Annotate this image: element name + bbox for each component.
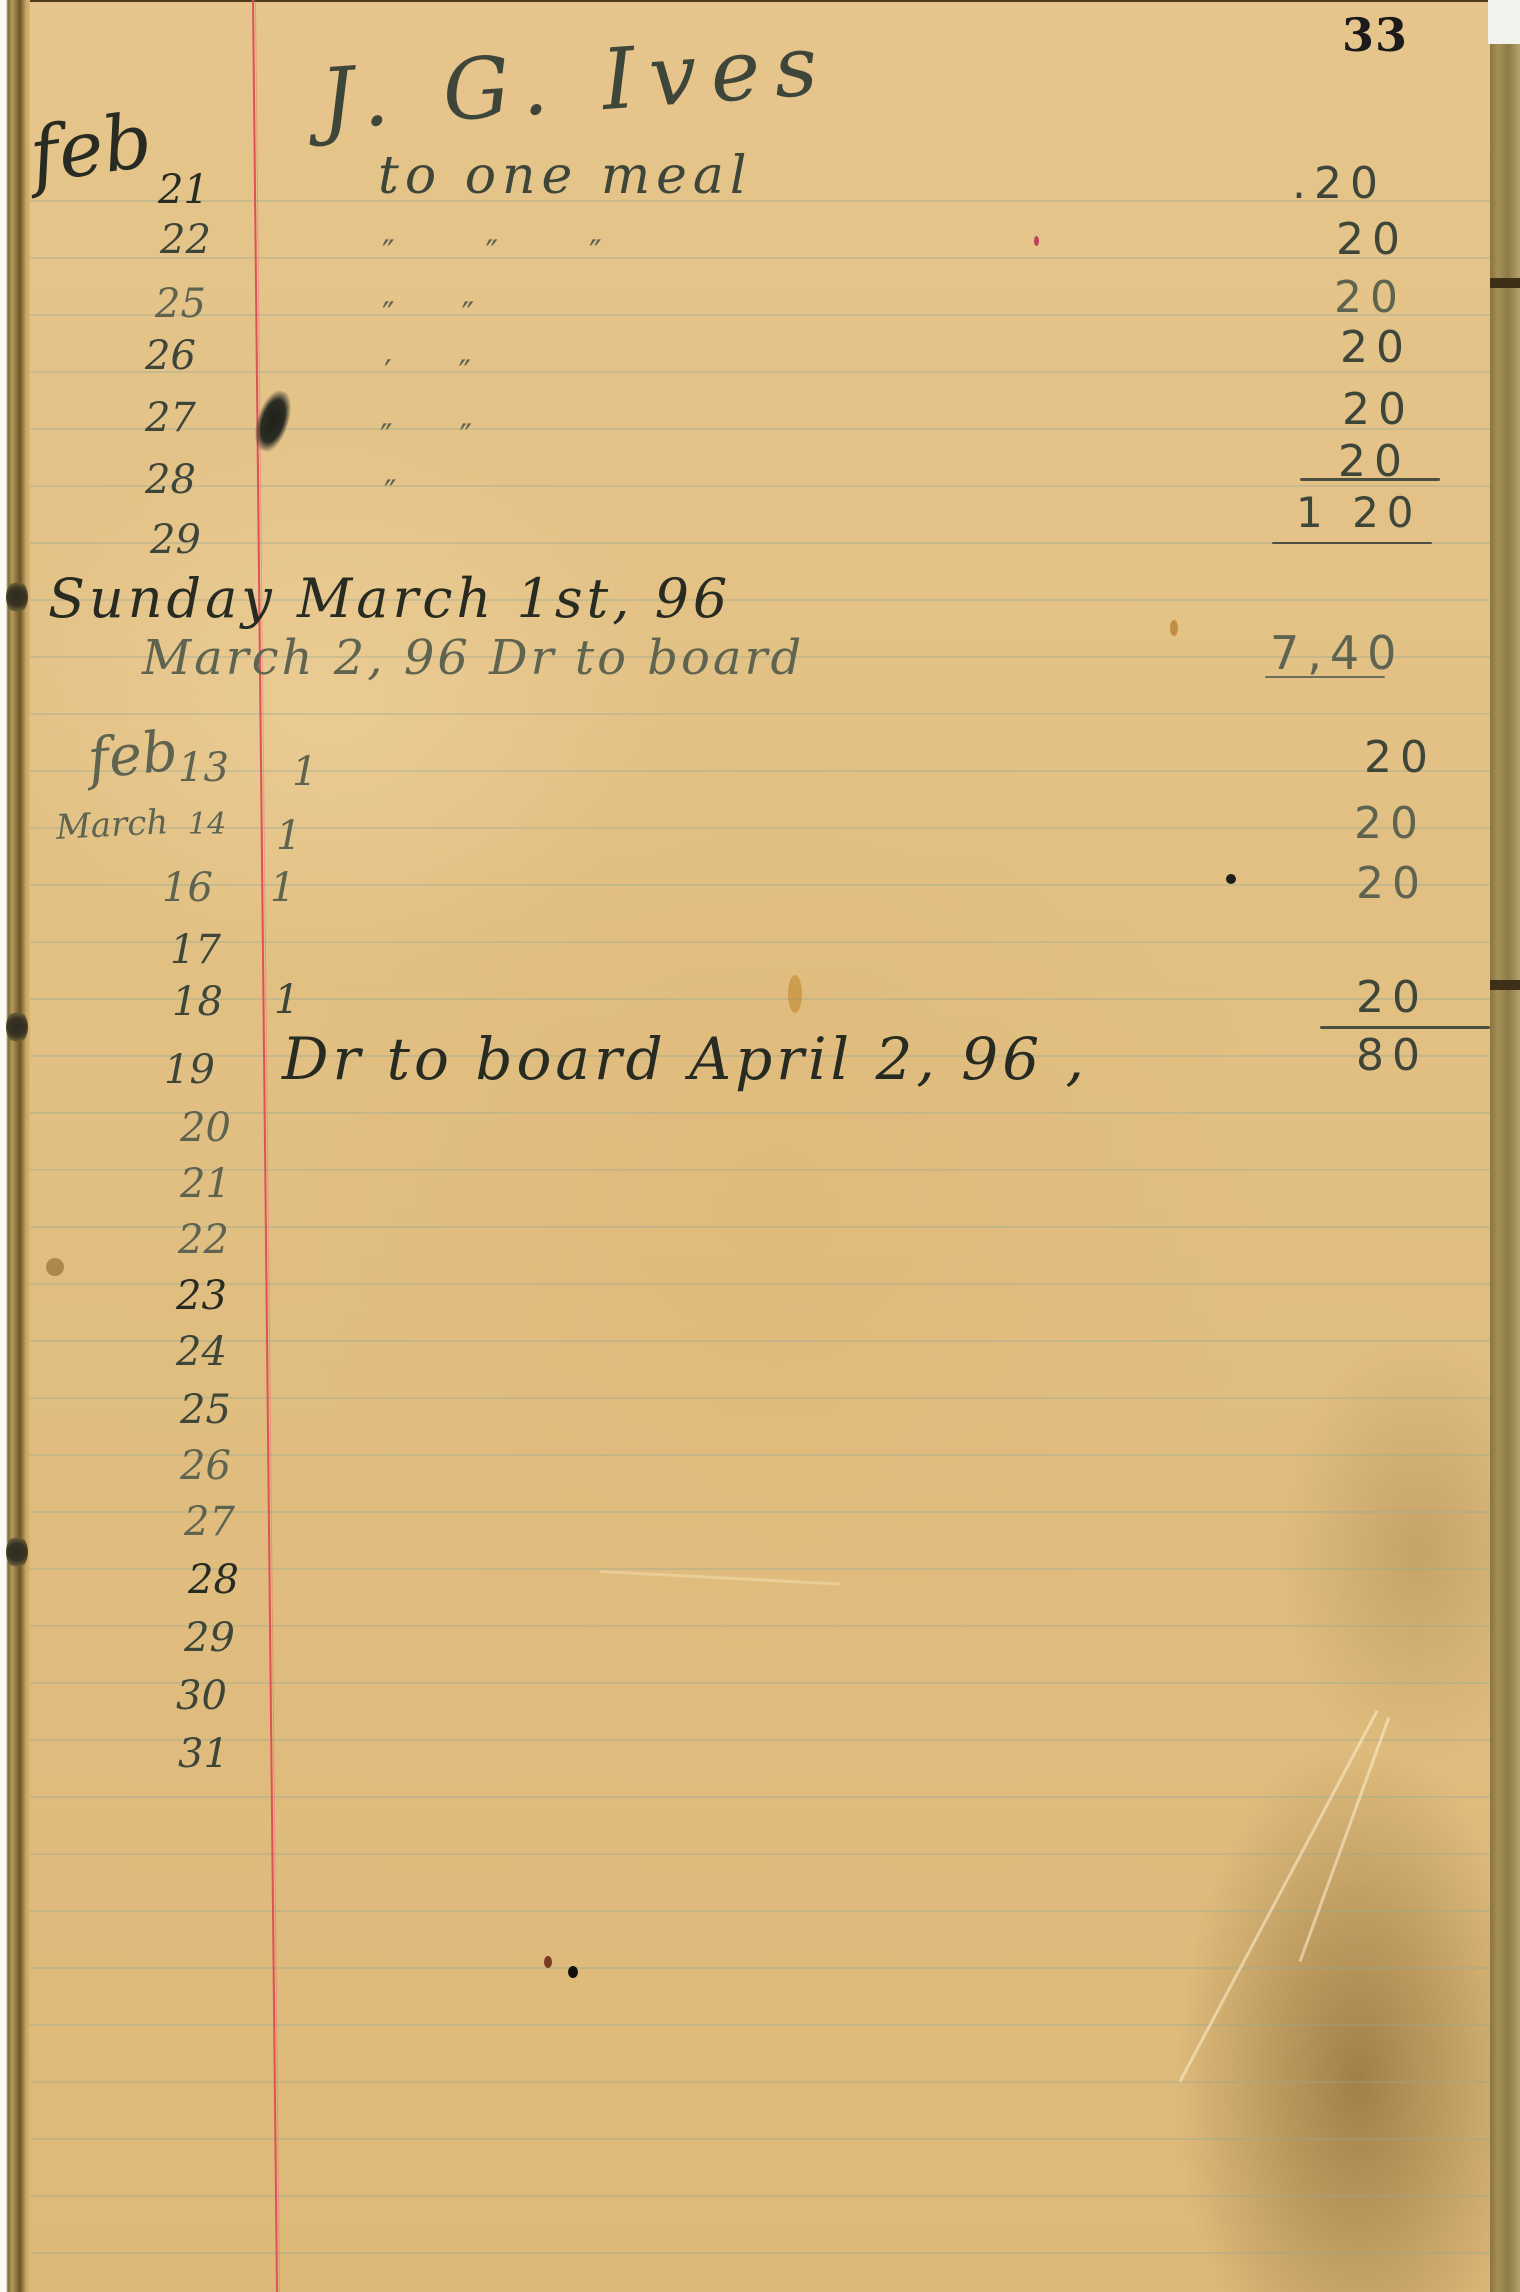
entry-day: 28 bbox=[145, 460, 196, 500]
binding-stitch bbox=[6, 1010, 28, 1044]
total-underline bbox=[1272, 542, 1432, 544]
page-edge-tear bbox=[1490, 980, 1520, 990]
entry-count: 1 bbox=[270, 868, 295, 908]
entry-amount: 20 bbox=[1356, 862, 1428, 906]
ink-dot bbox=[1226, 874, 1236, 884]
entry-amount: 20 bbox=[1364, 736, 1436, 780]
ink-stain bbox=[788, 975, 802, 1013]
entry-amount: 20 bbox=[1342, 388, 1414, 432]
entry-day: 18 bbox=[172, 982, 223, 1022]
entry-month: feb bbox=[25, 102, 156, 194]
section-total: 80 bbox=[1356, 1034, 1428, 1078]
entry-count: 1 bbox=[274, 980, 299, 1020]
left-binding bbox=[0, 0, 30, 2292]
entry-day: 25 bbox=[155, 284, 206, 324]
entry-ditto: ″ ″ bbox=[382, 298, 502, 332]
entry-day: 21 bbox=[158, 170, 209, 210]
entry-amount: 20 bbox=[1354, 802, 1426, 846]
binding-stitch bbox=[6, 580, 28, 614]
entry-day: 27 bbox=[145, 398, 196, 438]
day-number: 23 bbox=[176, 1276, 227, 1316]
day-number: 27 bbox=[184, 1502, 235, 1542]
entry-day: 29 bbox=[150, 520, 201, 560]
red-ink-mark bbox=[1034, 236, 1039, 246]
board-amount: 7,40 bbox=[1270, 630, 1404, 676]
day-number: 26 bbox=[180, 1446, 231, 1486]
day-number: 31 bbox=[178, 1734, 229, 1774]
right-page-edge bbox=[1490, 40, 1520, 2292]
day-number: 28 bbox=[188, 1560, 239, 1600]
page-number: 33 bbox=[1342, 8, 1408, 62]
entry-day: 19 bbox=[164, 1050, 215, 1090]
board-amount-underline bbox=[1265, 676, 1385, 678]
sunday-march-note: Sunday March 1st, 96 bbox=[48, 572, 731, 626]
paper-sheet bbox=[28, 0, 1493, 2292]
section-total: 1 20 bbox=[1296, 492, 1422, 534]
entry-count: 1 bbox=[292, 752, 317, 792]
ink-dot bbox=[544, 1956, 552, 1968]
entry-amount: 20 bbox=[1334, 276, 1406, 320]
day-number: 29 bbox=[184, 1618, 235, 1658]
day-number: 22 bbox=[178, 1220, 229, 1260]
page-edge-tear bbox=[1490, 278, 1520, 288]
ink-dot bbox=[568, 1966, 578, 1978]
entry-ditto: ″ ″ ″ bbox=[382, 236, 642, 270]
sum-underline bbox=[1320, 1026, 1490, 1029]
entry-amount: 20 bbox=[1336, 218, 1408, 262]
entry-amount: .20 bbox=[1292, 162, 1386, 206]
entry-amount: 20 bbox=[1356, 976, 1428, 1020]
binding-stitch bbox=[6, 1535, 28, 1569]
sum-underline bbox=[1300, 478, 1440, 481]
entry-ditto: ″ ″ bbox=[380, 420, 500, 454]
entry-day: 13 bbox=[178, 748, 229, 788]
day-number: 30 bbox=[176, 1676, 227, 1716]
ink-stain bbox=[1170, 620, 1178, 636]
entry-day: 22 bbox=[160, 220, 211, 260]
entry-ditto: ′ ″ bbox=[384, 356, 499, 390]
day-number: 25 bbox=[180, 1390, 231, 1430]
entry-day: 17 bbox=[170, 930, 221, 970]
ink-stain bbox=[46, 1258, 64, 1276]
entry-month: March bbox=[55, 805, 169, 845]
day-number: 21 bbox=[180, 1164, 231, 1204]
scan-background bbox=[1488, 0, 1520, 44]
entry-amount: 20 bbox=[1340, 326, 1412, 370]
day-number: 20 bbox=[180, 1108, 231, 1148]
entry-day: 26 bbox=[145, 336, 196, 376]
entry-day: 14 bbox=[188, 810, 226, 840]
entry-description: to one meal bbox=[378, 150, 753, 202]
entry-day: 16 bbox=[162, 868, 213, 908]
entry-ditto: ″ bbox=[384, 476, 399, 510]
march-board-note: March 2, 96 Dr to board bbox=[142, 634, 804, 682]
ledger-page-scan: 33 J. G. Ives feb 21 to one meal .20 22 … bbox=[0, 0, 1520, 2292]
entry-month: feb bbox=[85, 723, 180, 788]
day-number: 24 bbox=[176, 1332, 227, 1372]
entry-count: 1 bbox=[276, 816, 301, 856]
april-board-note: Dr to board April 2, 96 , bbox=[282, 1030, 1088, 1088]
